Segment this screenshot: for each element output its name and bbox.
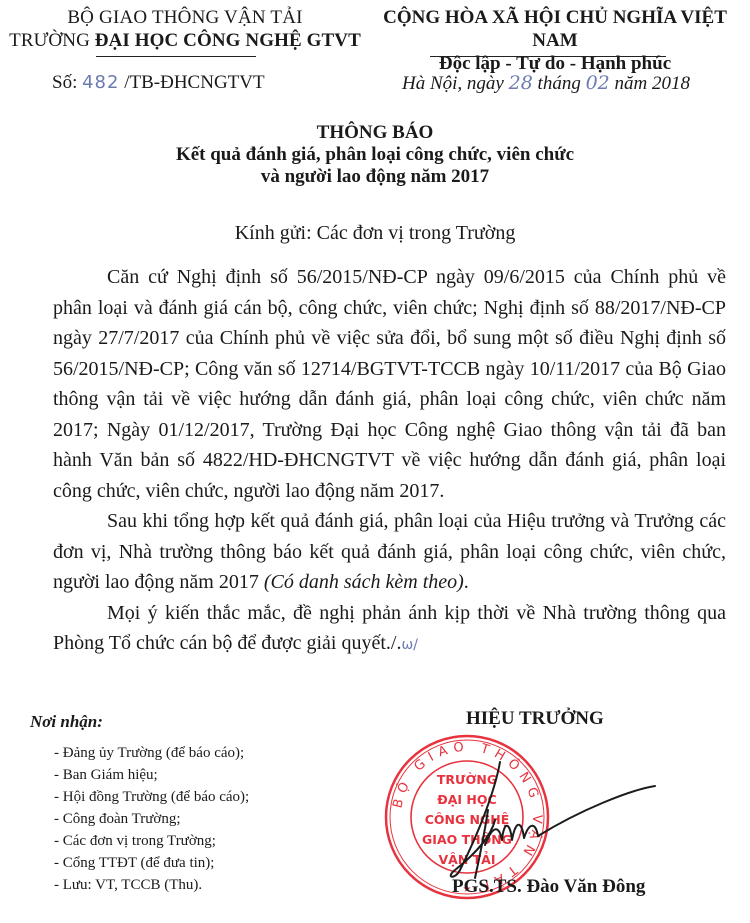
handwritten-signature-icon xyxy=(440,750,700,890)
header-left-underline xyxy=(96,56,256,57)
list-item: - Cổng TTĐT (để đưa tin); xyxy=(54,852,249,874)
title-line-2: và người lao động năm 2017 xyxy=(100,166,650,188)
list-item: - Các đơn vị trong Trường; xyxy=(54,830,249,852)
recipients-title: Nơi nhận: xyxy=(30,712,103,732)
title-line-1: Kết quả đánh giá, phân loại công chức, v… xyxy=(100,144,650,166)
national-header: CỘNG HÒA XÃ HỘI CHỦ NGHĨA VIỆT NAM Độc l… xyxy=(360,6,750,75)
document-body: Căn cứ Nghị định số 56/2015/NĐ-CP ngày 0… xyxy=(53,262,726,661)
handwritten-month: 02 xyxy=(586,72,610,94)
paragraph-legal-basis: Căn cứ Nghị định số 56/2015/NĐ-CP ngày 0… xyxy=(53,262,726,506)
nation-name: CỘNG HÒA XÃ HỘI CHỦ NGHĨA VIỆT NAM xyxy=(360,6,750,52)
school-name: TRƯỜNG ĐẠI HỌC CÔNG NGHỆ GTVT xyxy=(0,29,370,52)
signer-name: PGS.TS. Đào Văn Đông xyxy=(452,876,645,898)
header-right-underline xyxy=(430,56,666,57)
document-title: THÔNG BÁO Kết quả đánh giá, phân loại cô… xyxy=(100,122,650,188)
handwritten-day: 28 xyxy=(509,72,533,94)
initials-paraph: ω/ xyxy=(401,637,417,653)
handwritten-number: 482 xyxy=(82,72,119,93)
list-item: - Đảng ủy Trường (để báo cáo); xyxy=(54,742,249,764)
ministry-name: BỘ GIAO THÔNG VẬN TẢI xyxy=(0,6,370,29)
paragraph-feedback: Mọi ý kiến thắc mắc, đề nghị phản ánh kị… xyxy=(53,598,726,661)
title-main: THÔNG BÁO xyxy=(100,122,650,144)
addressee-line: Kính gửi: Các đơn vị trong Trường xyxy=(0,222,750,245)
paragraph-announcement: Sau khi tổng hợp kết quả đánh giá, phân … xyxy=(53,506,726,598)
signer-position: HIỆU TRƯỞNG xyxy=(466,708,604,730)
document-number: Số: 482 /TB-ĐHCNGTVT xyxy=(52,72,265,94)
list-item: - Lưu: VT, TCCB (Thu). xyxy=(54,874,249,896)
list-item: - Công đoàn Trường; xyxy=(54,808,249,830)
document-date: Hà Nội, ngày 28 tháng 02 năm 2018 xyxy=(402,72,690,95)
recipients-list: - Đảng ủy Trường (để báo cáo); - Ban Giá… xyxy=(54,742,249,896)
issuing-authority: BỘ GIAO THÔNG VẬN TẢI TRƯỜNG ĐẠI HỌC CÔN… xyxy=(0,6,370,52)
list-item: - Ban Giám hiệu; xyxy=(54,764,249,786)
list-item: - Hội đồng Trường (để báo cáo); xyxy=(54,786,249,808)
